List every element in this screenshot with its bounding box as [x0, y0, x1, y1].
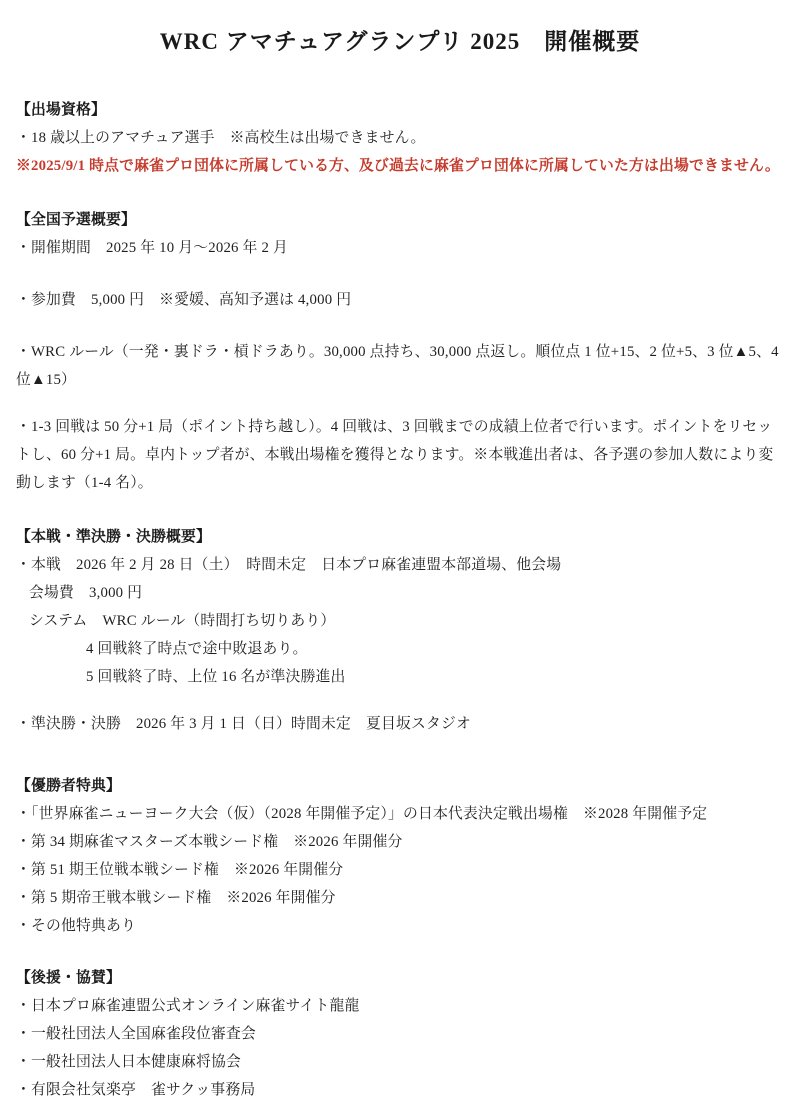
section-heading-prizes: 【優勝者特典】: [16, 772, 784, 800]
page-title: WRC アマチュアグランプリ 2025 開催概要: [16, 24, 784, 60]
section-national-qualifiers: 【全国予選概要】 ・開催期間 2025 年 10 月～2026 年 2 月 ・参…: [16, 206, 784, 497]
section-heading-finals: 【本戦・準決勝・決勝概要】: [16, 523, 784, 551]
qualifier-rounds-line: ・1-3 回戦は 50 分+1 局（ポイント持ち越し）。4 回戦は、3 回戦まで…: [16, 413, 784, 497]
eligibility-warning-line: ※2025/9/1 時点で麻雀プロ団体に所属している方、及び過去に麻雀プロ団体に…: [16, 152, 784, 180]
section-heading-sponsors: 【後援・協賛】: [16, 964, 784, 992]
qualifier-fee-line: ・参加費 5,000 円 ※愛媛、高知予選は 4,000 円: [16, 286, 784, 314]
sponsor-ryuryu-line: ・日本プロ麻雀連盟公式オンライン麻雀サイト龍龍: [16, 992, 784, 1020]
prize-other-line: ・その他特典あり: [16, 912, 784, 940]
section-winner-prizes: 【優勝者特典】 ・「世界麻雀ニューヨーク大会（仮）（2028 年開催予定）」の日…: [16, 772, 784, 940]
eligibility-age-line: ・18 歳以上のアマチュア選手 ※高校生は出場できません。: [16, 124, 784, 152]
semifinal-final-date-line: ・準決勝・決勝 2026 年 3 月 1 日（日）時間未定 夏目坂スタジオ: [16, 710, 784, 738]
finals-venue-fee-line: 会場費 3,000 円: [16, 579, 784, 607]
prize-masters-line: ・第 34 期麻雀マスターズ本戦シード権 ※2026 年開催分: [16, 828, 784, 856]
section-heading-eligibility: 【出場資格】: [16, 96, 784, 124]
finals-main-date-line: ・本戦 2026 年 2 月 28 日（土） 時間未定 日本プロ麻雀連盟本部道場…: [16, 551, 784, 579]
sponsor-danisinsakai-line: ・一般社団法人全国麻雀段位審査会: [16, 1020, 784, 1048]
section-heading-qualifiers: 【全国予選概要】: [16, 206, 784, 234]
section-finals: 【本戦・準決勝・決勝概要】 ・本戦 2026 年 2 月 28 日（土） 時間未…: [16, 523, 784, 738]
finals-round4-line: 4 回戦終了時点で途中敗退あり。: [16, 635, 784, 663]
sponsor-kenkomahjong-line: ・一般社団法人日本健康麻将協会: [16, 1048, 784, 1076]
prize-teio-line: ・第 5 期帝王戦本戦シード権 ※2026 年開催分: [16, 884, 784, 912]
section-sponsors: 【後援・協賛】 ・日本プロ麻雀連盟公式オンライン麻雀サイト龍龍 ・一般社団法人全…: [16, 964, 784, 1104]
prize-oui-line: ・第 51 期王位戦本戦シード権 ※2026 年開催分: [16, 856, 784, 884]
sponsor-kirakutei-line: ・有限会社気楽亭 雀サクッ事務局: [16, 1076, 784, 1104]
prize-worlds-line: ・「世界麻雀ニューヨーク大会（仮）（2028 年開催予定）」の日本代表決定戦出場…: [16, 800, 784, 828]
finals-system-line: システム WRC ルール（時間打ち切りあり）: [16, 607, 784, 635]
qualifier-period-line: ・開催期間 2025 年 10 月～2026 年 2 月: [16, 234, 784, 262]
qualifier-rules-line: ・WRC ルール（一発・裏ドラ・槓ドラあり。30,000 点持ち、30,000 …: [16, 338, 784, 394]
finals-round5-line: 5 回戦終了時、上位 16 名が準決勝進出: [16, 663, 784, 691]
document-page: WRC アマチュアグランプリ 2025 開催概要 【出場資格】 ・18 歳以上の…: [0, 0, 800, 1116]
section-eligibility: 【出場資格】 ・18 歳以上のアマチュア選手 ※高校生は出場できません。 ※20…: [16, 96, 784, 180]
